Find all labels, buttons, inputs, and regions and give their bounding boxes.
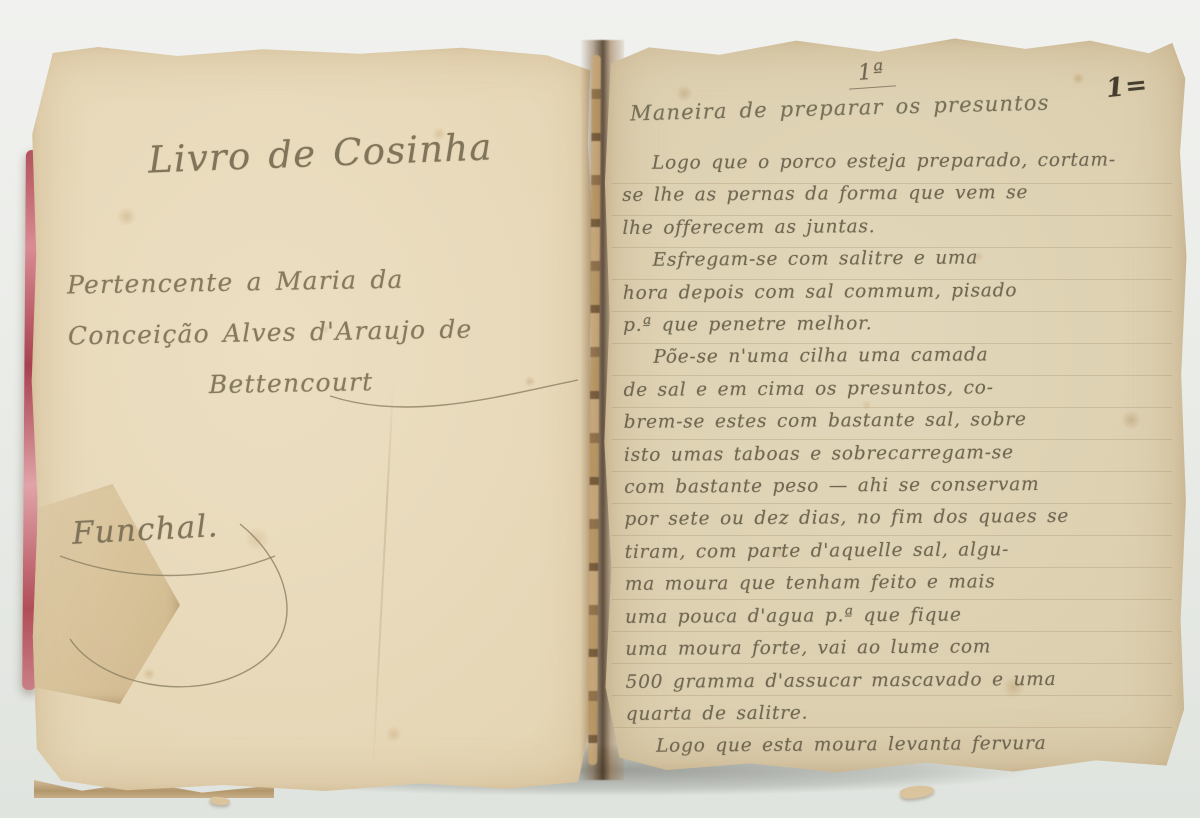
recipe-line: Esfregam-se com salitre e uma: [623, 241, 1171, 277]
recipe-line: uma pouca d'agua p.ª que fique: [625, 598, 1173, 634]
recipe-line: Logo que esta moura levanta fervura: [626, 727, 1174, 763]
recipe-title: Maneira de preparar os presuntos: [630, 91, 1050, 126]
recipe-line: de sal e em cima os presuntos, co-: [623, 371, 1171, 407]
recipe-line: por sete ou dez dias, no fim dos quaes s…: [624, 501, 1172, 537]
recipe-line: quarta de salitre.: [626, 695, 1174, 731]
recipe-line: 500 gramma d'assucar mascavado e uma: [625, 663, 1173, 699]
recipe-line: hora depois com sal commum, pisado: [623, 274, 1171, 310]
owner-line: Pertencente a Maria da: [67, 252, 472, 310]
photo-of-open-manuscript: Livro de Cosinha Pertencente a Maria da …: [0, 0, 1200, 818]
owner-line: Conceição Alves d'Araujo de: [68, 303, 473, 361]
recipe-line: p.ª que penetre melhor.: [623, 306, 1171, 342]
recipe-line: se lhe as pernas da forma que vem se: [622, 177, 1170, 213]
recipe-line: lhe offerecem as juntas.: [622, 209, 1170, 245]
owner-line: Bettencourt: [208, 354, 473, 410]
left-page: Livro de Cosinha Pertencente a Maria da …: [30, 44, 598, 794]
book-title: Livro de Cosinha: [147, 125, 493, 181]
recipe-line: com bastante peso — ahi se conservam: [624, 468, 1172, 504]
ownership-inscription: Pertencente a Maria da Conceição Alves d…: [67, 252, 474, 412]
page-number: 1=: [1104, 70, 1149, 104]
place-inscription: Funchal.: [71, 508, 219, 552]
recipe-line: ma moura que tenham feito e mais: [625, 565, 1173, 601]
recipe-line: brem-se estes com bastante sal, sobre: [624, 403, 1172, 439]
recipe-body: Logo que o porco esteja preparado, corta…: [622, 144, 1174, 764]
recipe-line: tiram, com parte d'aquelle sal, algu-: [625, 533, 1173, 569]
recipe-line: Logo que o porco esteja preparado, corta…: [622, 144, 1170, 180]
section-number: 1ª: [847, 58, 896, 89]
recipe-line: isto umas taboas e sobrecarregam-se: [624, 436, 1172, 472]
recipe-line: uma moura forte, vai ao lume com: [625, 630, 1173, 666]
right-page: 1ª 1= Maneira de preparar os presuntos L…: [602, 34, 1190, 776]
recipe-line: Põe-se n'uma cilha uma camada: [623, 339, 1171, 375]
